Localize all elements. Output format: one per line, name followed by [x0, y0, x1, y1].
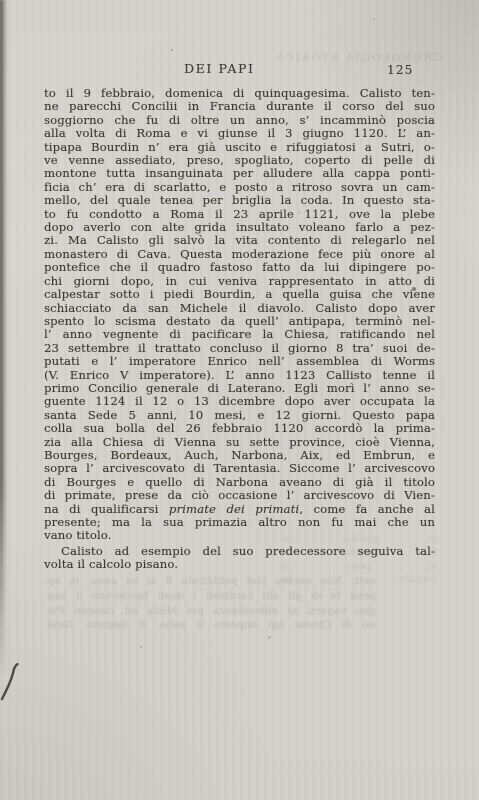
text-line: na di qualificarsi primate dei primati, … — [44, 503, 435, 516]
text-line: schiacciato da san Michele il diavolo. C… — [44, 302, 435, 315]
text-line: presente; ma la sua primazia altro non f… — [44, 516, 435, 529]
text-line: di primate, prese da ciò occasione l’ ar… — [44, 489, 435, 502]
paper-speck — [373, 18, 375, 20]
body-text: to il 9 febbraio, domenica di quinquages… — [44, 87, 435, 572]
text-line: primo Concilio generale di Laterano. Egl… — [44, 382, 435, 395]
text-line: to il 9 febbraio, domenica di quinquages… — [44, 87, 435, 100]
running-header: DEI PAPI 125 — [44, 61, 435, 79]
italic-phrase: primate dei primati — [169, 502, 299, 516]
pen-mark — [0, 655, 30, 715]
bleedthrough-line: no di Chiese agl imposto il palio. Il Se… — [44, 618, 376, 633]
text-line: sopra l’ arcivescovato di Tarentasia. Si… — [44, 462, 435, 475]
text-line: calpestar sotto i piedi Bourdin, a quell… — [44, 288, 435, 301]
text-line: mello, del quale tenea per briglia la co… — [44, 194, 435, 207]
page-number: 125 — [387, 63, 414, 77]
text-line: ne parecchi Concilii in Francia durante … — [44, 100, 435, 113]
bleedthrough-line: nett. Non ancora stat pubblicata it al s… — [44, 574, 376, 589]
bleedthrough-line: seguito in — [282, 573, 438, 586]
bleedthrough-paragraph: nett. Non ancora stat pubblicata it al s… — [44, 574, 376, 633]
text-line: ficia ch’ era di scarlatto, e posto a ri… — [44, 181, 435, 194]
text-line: zia alla Chiesa di Vienna su sette provi… — [44, 436, 435, 449]
paper-speck — [298, 212, 300, 214]
text-line: volta il calcolo pisano. — [44, 558, 435, 571]
text-line: tipapa Bourdin n’ era già uscito e rifug… — [44, 141, 435, 154]
text-line: chi giorni dopo, in cui veniva rappresen… — [44, 275, 435, 288]
text-line: spento lo scisma destato da quell’ antip… — [44, 315, 435, 328]
text-line: 23 settembre il trattato concluso il gio… — [44, 342, 435, 355]
text-line: di Bourges e quello di Narbona aveano di… — [44, 476, 435, 489]
text-line: santa Sede 5 anni, 10 mesi, e 12 giorni.… — [44, 409, 435, 422]
text-segment: na di qualificarsi — [44, 502, 169, 516]
text-line: Bourges, Bordeaux, Auch, Narbona, Aix, e… — [44, 449, 435, 462]
bleedthrough-line: gno vagarsi al abbondanza pei Mista ed c… — [44, 604, 376, 619]
text-line: vano titolo. — [44, 529, 435, 542]
text-line: ve venne assediato, preso, spogliato, co… — [44, 154, 435, 167]
text-line: alla volta di Roma e vi giunse il 3 giug… — [44, 127, 435, 140]
bleedthrough-line: pena fa di gli alti cardinali i quali fa… — [44, 589, 376, 604]
text-line: dopo averlo con alte grida insultato vol… — [44, 221, 435, 234]
scanned-book-page: { "header": { "title": "DEI PAPI", "page… — [0, 0, 479, 800]
text-line: colla sua bolla del 26 febbraio 1120 acc… — [44, 422, 435, 435]
paper-speck — [412, 287, 416, 291]
text-line: guente 1124 il 12 o 13 dicembre dopo ave… — [44, 395, 435, 408]
text-line: pontefice che il quadro fastoso fatto da… — [44, 261, 435, 274]
text-line: zi. Ma Calisto gli salvò la vita content… — [44, 234, 435, 247]
text-line: putati e l’ imperatore Enrico nell’ asse… — [44, 355, 435, 368]
text-line: (V. Enrico V imperatore). L’ anno 1123 C… — [44, 369, 435, 382]
text-line: Calisto ad esempio del suo predecessore … — [44, 545, 435, 558]
book-page: CRONOLOGIA STORICA DEI PAPI 125 in quest… — [0, 0, 479, 800]
text-line: to fu condotto a Roma il 23 aprile 1121,… — [44, 208, 435, 221]
paper-speck — [268, 636, 271, 639]
header-title: DEI PAPI — [184, 61, 255, 76]
gutter-shadow — [0, 0, 9, 690]
text-line: l’ anno vegnente di pacificare la Chiesa… — [44, 328, 435, 341]
text-segment: , come fa anche al — [299, 502, 435, 516]
paper-speck — [140, 646, 142, 648]
text-line: monastero di Cava. Questa moderazione fe… — [44, 248, 435, 261]
text-line: montone tutta insanguinata per alludere … — [44, 167, 435, 180]
text-line: soggiorno che fu di oltre un anno, s’ in… — [44, 114, 435, 127]
paper-speck — [171, 49, 173, 51]
